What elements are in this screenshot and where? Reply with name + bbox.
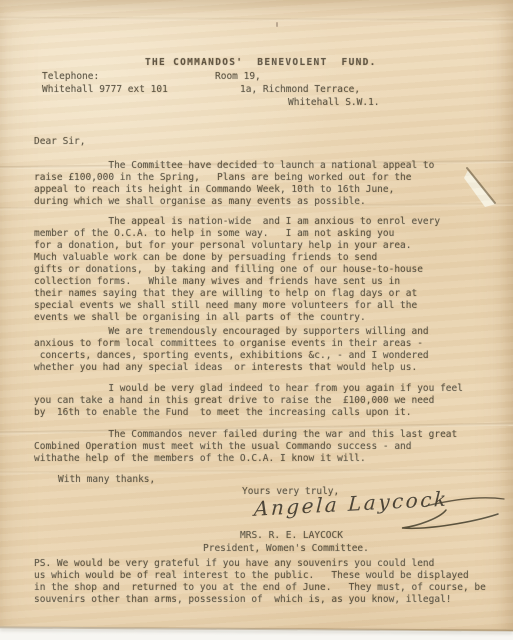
closing-thanks: With many thanks, — [58, 474, 155, 486]
paragraph-4: I would be very glad indeed to hear from… — [34, 383, 463, 419]
paragraph-3: We are tremendously encouraged by suppor… — [34, 326, 429, 374]
salutation: Dear Sir, — [34, 136, 85, 148]
signer-title: President, Women's Committee. — [203, 543, 369, 555]
paragraph-5: The Commandos never failed during the wa… — [34, 429, 457, 465]
letter-paper: THE COMMANDOS' BENEVOLENT FUND. Telephon… — [0, 0, 513, 640]
address-room: Room 19, — [215, 71, 261, 83]
telephone-label: Telephone: — [42, 71, 99, 83]
address-street: 1a, Richmond Terrace, — [240, 84, 360, 96]
ink-speck — [276, 22, 278, 27]
paragraph-1: The Committee have decided to launch a n… — [34, 160, 434, 208]
letterhead-title: THE COMMANDOS' BENEVOLENT FUND. — [145, 57, 377, 69]
paragraph-2: The appeal is nation-wide and I am anxio… — [34, 216, 440, 324]
signer-name: MRS. R. E. LAYCOCK — [240, 530, 343, 542]
letter-scan: THE COMMANDOS' BENEVOLENT FUND. Telephon… — [0, 0, 513, 640]
paper-tear — [458, 158, 508, 212]
fold-crease — [0, 17, 513, 23]
telephone-number: Whitehall 9777 ext 101 — [42, 84, 168, 96]
address-city: Whitehall S.W.1. — [288, 97, 380, 109]
postscript: PS. We would be very grateful if you hav… — [34, 558, 486, 606]
